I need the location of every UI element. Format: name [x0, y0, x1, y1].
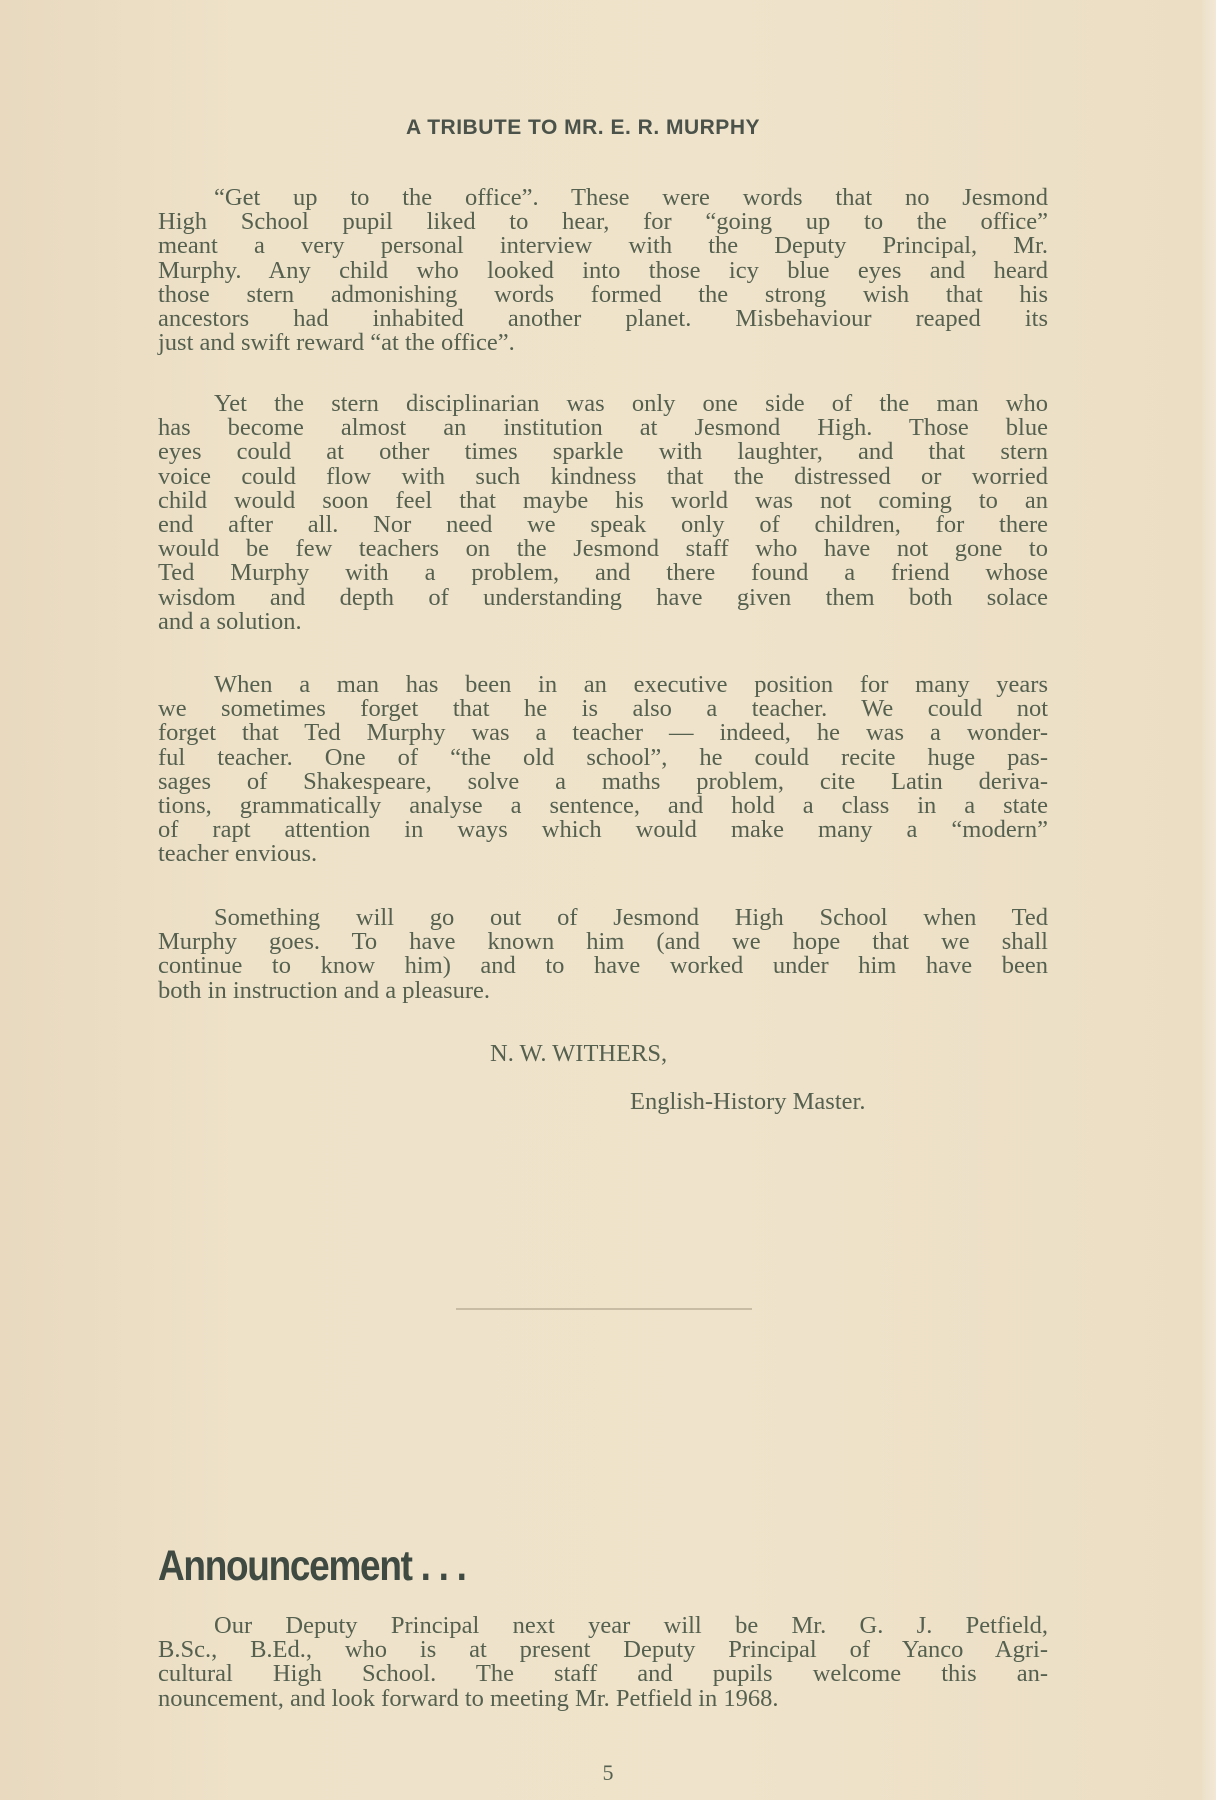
- text-line: Our Deputy Principal next year will be M…: [158, 1614, 1048, 1638]
- tribute-paragraph-4: Something will go out of Jesmond High Sc…: [158, 906, 1048, 1003]
- text-line: wisdom and depth of understanding have g…: [158, 586, 1048, 610]
- text-line: nouncement, and look forward to meeting …: [158, 1687, 1048, 1711]
- text-line: those stern admonishing words formed the…: [158, 283, 1048, 307]
- text-line: we sometimes forget that he is also a te…: [158, 697, 1048, 721]
- text-line: tions, grammatically analyse a sentence,…: [158, 794, 1048, 818]
- text-line: eyes could at other times sparkle with l…: [158, 440, 1048, 464]
- text-line: child would soon feel that maybe his wor…: [158, 489, 1048, 513]
- text-line: forget that Ted Murphy was a teacher — i…: [158, 721, 1048, 745]
- text-line: would be few teachers on the Jesmond sta…: [158, 537, 1048, 561]
- text-line: Ted Murphy with a problem, and there fou…: [158, 561, 1048, 585]
- text-line: both in instruction and a pleasure.: [158, 979, 1048, 1003]
- text-line: end after all. Nor need we speak only of…: [158, 513, 1048, 537]
- page-number: 5: [0, 1760, 1216, 1786]
- text-line: Something will go out of Jesmond High Sc…: [158, 906, 1048, 930]
- text-line: When a man has been in an executive posi…: [158, 673, 1048, 697]
- text-line: B.Sc., B.Ed., who is at present Deputy P…: [158, 1638, 1048, 1662]
- text-line: ful teacher. One of “the old school”, he…: [158, 746, 1048, 770]
- tribute-paragraph-3: When a man has been in an executive posi…: [158, 673, 1048, 867]
- text-line: just and swift reward “at the office”.: [158, 331, 1048, 355]
- announcement-paragraph: Our Deputy Principal next year will be M…: [158, 1614, 1048, 1711]
- text-line: sages of Shakespeare, solve a maths prob…: [158, 770, 1048, 794]
- text-line: teacher envious.: [158, 842, 1048, 866]
- text-line: Murphy. Any child who looked into those …: [158, 259, 1048, 283]
- page-edge: [1202, 0, 1216, 1800]
- text-line: Yet the stern disciplinarian was only on…: [158, 392, 1048, 416]
- tribute-title: A TRIBUTE TO MR. E. R. MURPHY: [0, 116, 1166, 140]
- text-line: and a solution.: [158, 610, 1048, 634]
- text-line: meant a very personal interview with the…: [158, 234, 1048, 258]
- text-line: voice could flow with such kindness that…: [158, 465, 1048, 489]
- tribute-paragraph-1: “Get up to the office”. These were words…: [158, 186, 1048, 355]
- signature-role: English-History Master.: [630, 1088, 865, 1116]
- tribute-paragraph-2: Yet the stern disciplinarian was only on…: [158, 392, 1048, 634]
- text-line: ancestors had inhabited another planet. …: [158, 307, 1048, 331]
- text-line: “Get up to the office”. These were words…: [158, 186, 1048, 210]
- section-divider: [456, 1308, 752, 1310]
- text-line: Murphy goes. To have known him (and we h…: [158, 930, 1048, 954]
- text-line: cultural High School. The staff and pupi…: [158, 1662, 1048, 1686]
- text-line: continue to know him) and to have worked…: [158, 954, 1048, 978]
- text-line: has become almost an institution at Jesm…: [158, 416, 1048, 440]
- signature-name: N. W. WITHERS,: [490, 1040, 667, 1068]
- text-line: of rapt attention in ways which would ma…: [158, 818, 1048, 842]
- announcement-heading: Announcement . . .: [158, 1542, 466, 1591]
- text-line: High School pupil liked to hear, for “go…: [158, 210, 1048, 234]
